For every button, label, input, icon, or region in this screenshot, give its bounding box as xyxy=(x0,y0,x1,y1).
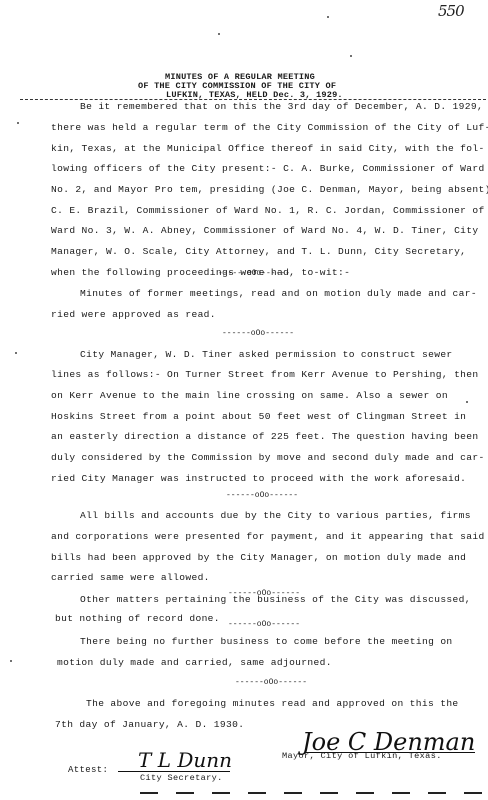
text-line: Hoskins Street from a point about 50 fee… xyxy=(51,411,466,423)
page-number: 550 xyxy=(438,2,464,20)
section-separator: ------oOo------ xyxy=(226,491,298,501)
mayor-title: Mayor, City of Lufkin, Texas. xyxy=(282,750,442,762)
scan-speck xyxy=(10,660,12,662)
text-line: when the following proceedings were had,… xyxy=(51,267,350,279)
scan-speck xyxy=(218,33,220,35)
text-line: ried City Manager was instructed to proc… xyxy=(51,473,466,485)
scan-speck xyxy=(15,352,17,354)
text-line: bills had been approved by the City Mana… xyxy=(51,552,466,564)
section-separator: ------oOo------ xyxy=(228,620,300,630)
text-line: there was held a regular term of the Cit… xyxy=(51,122,488,134)
text-line: All bills and accounts due by the City t… xyxy=(80,510,471,522)
text-line: 7th day of January, A. D. 1930. xyxy=(55,719,244,731)
text-line: and corporations were presented for paym… xyxy=(51,531,485,543)
section-separator: ------oOo------ xyxy=(218,269,290,279)
text-line: The above and foregoing minutes read and… xyxy=(86,698,459,710)
text-line: There being no further business to come … xyxy=(80,636,453,648)
text-line: Be it remembered that on this the 3rd da… xyxy=(80,101,483,113)
text-line: carried same were allowed. xyxy=(51,572,210,584)
text-line: kin, Texas, at the Municipal Office ther… xyxy=(51,143,485,155)
attest-label: Attest: xyxy=(68,764,108,776)
text-line: on Kerr Avenue to the main line crossing… xyxy=(51,390,448,402)
text-line: lines as follows:- On Turner Street from… xyxy=(51,369,479,381)
scan-speck xyxy=(466,401,468,403)
text-line: motion duly made and carried, same adjou… xyxy=(57,657,332,669)
text-line: an easterly direction a distance of 225 … xyxy=(51,431,479,443)
scan-speck xyxy=(350,55,352,57)
text-line: ried were approved as read. xyxy=(51,309,216,321)
text-line: No. 2, and Mayor Pro tem, presiding (Joe… xyxy=(51,184,488,196)
text-line: lowing officers of the City present:- C.… xyxy=(51,163,485,175)
text-line: Other matters pertaining the business of… xyxy=(80,594,471,606)
scan-noise xyxy=(140,792,488,794)
text-line: but nothing of record done. xyxy=(55,613,220,625)
text-line: Minutes of former meetings, read and on … xyxy=(80,288,477,300)
text-line: C. E. Brazil, Commissioner of Ward No. 1… xyxy=(51,205,485,217)
text-line: City Manager, W. D. Tiner asked permissi… xyxy=(80,349,453,361)
text-line: Manager, W. O. Scale, City Attorney, and… xyxy=(51,246,466,258)
secretary-signature: T L Dunn xyxy=(138,748,232,772)
section-separator: ------oOo------ xyxy=(222,329,294,339)
section-separator: ------oOo------ xyxy=(235,678,307,688)
text-line: Ward No. 3, W. A. Abney, Commissioner of… xyxy=(51,225,479,237)
scan-speck xyxy=(17,122,19,124)
text-line: duly considered by the Commission by mov… xyxy=(51,452,485,464)
scan-speck xyxy=(327,16,329,18)
secretary-title: City Secretary. xyxy=(140,772,223,784)
